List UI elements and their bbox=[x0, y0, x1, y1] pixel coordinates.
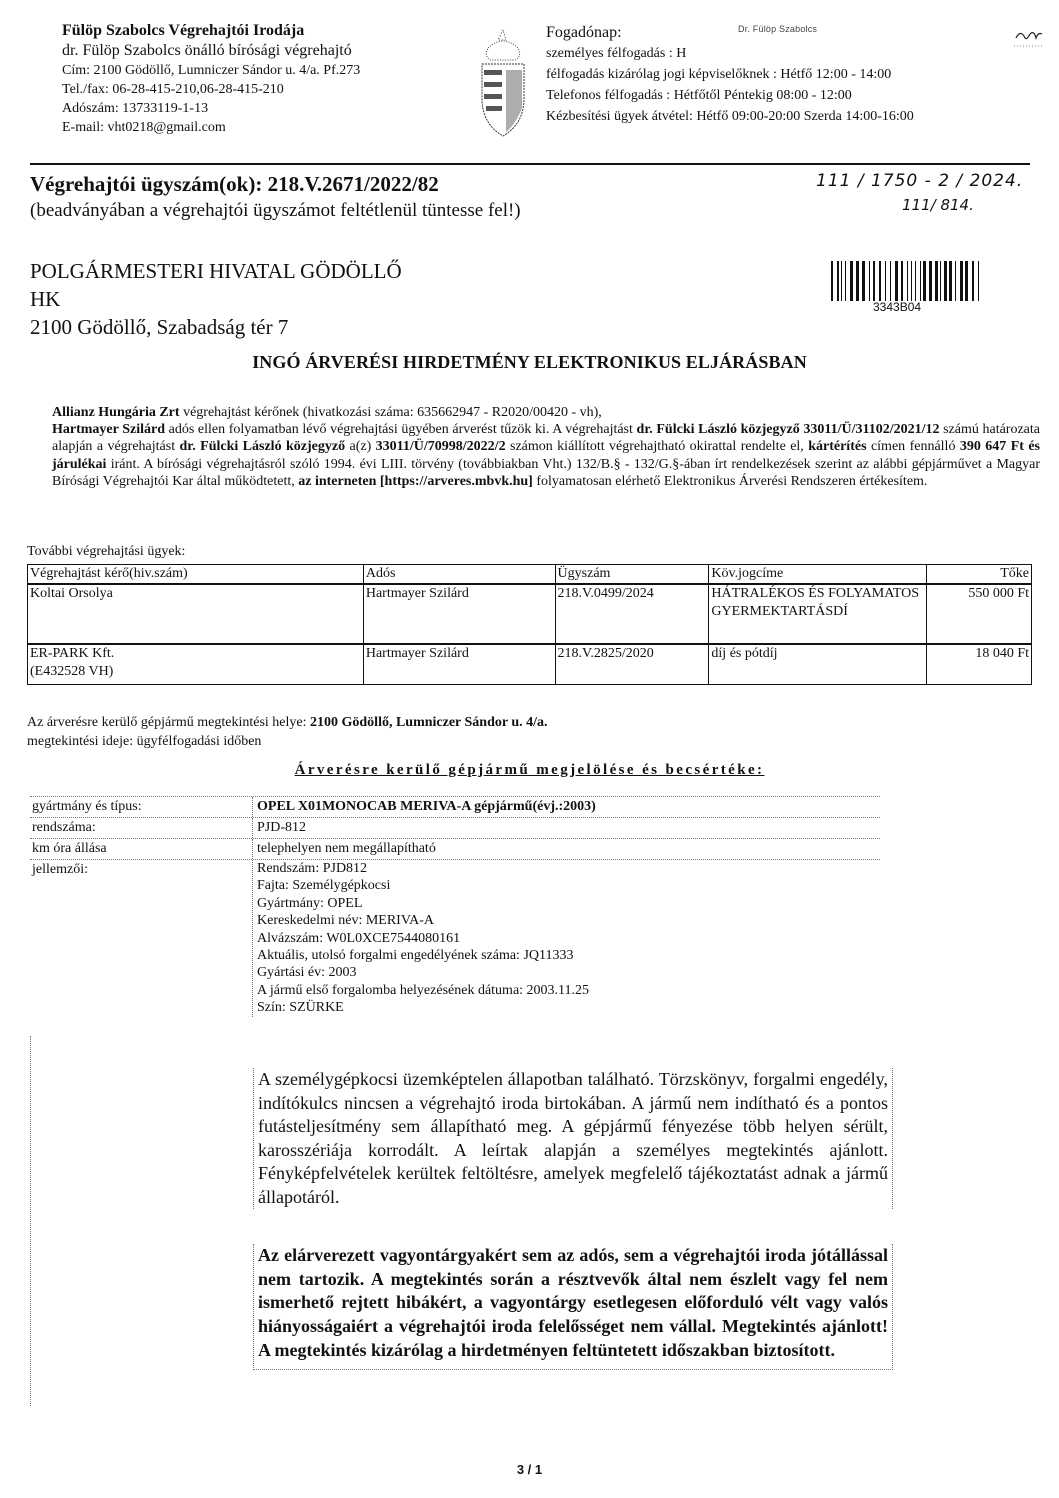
vehicle-field-label: gyártmány és típus: bbox=[30, 797, 253, 817]
viewing-time: megtekintési ideje: ügyfélfogadási időbe… bbox=[27, 732, 548, 751]
recipient-name: POLGÁRMESTERI HIVATAL GÖDÖLLŐ bbox=[30, 257, 402, 285]
coat-of-arms-icon bbox=[476, 28, 530, 140]
cell-case-number: 218.V.2825/2020 bbox=[555, 644, 709, 684]
debtor-name: Hartmayer Szilárd bbox=[52, 422, 165, 437]
vehicle-field-label: rendszáma: bbox=[30, 818, 253, 838]
issuer-block: Fülöp Szabolcs Végrehajtói Irodája dr. F… bbox=[62, 20, 482, 137]
column-header: Adós bbox=[363, 565, 555, 585]
vehicle-row-features: jellemzői: Rendszám: PJD812 Fajta: Szemé… bbox=[30, 860, 880, 1017]
barcode-icon bbox=[831, 261, 981, 301]
case-number-note: (beadványában a végrehajtói ügyszámot fe… bbox=[30, 198, 790, 224]
document-title: INGÓ ÁRVERÉSI HIRDETMÉNY ELEKTRONIKUS EL… bbox=[0, 352, 1059, 373]
table-row: ER-PARK Kft. (E432528 VH) Hartmayer Szil… bbox=[28, 644, 1032, 684]
page-number: 3 / 1 bbox=[0, 1462, 1059, 1477]
body-text: adós ellen folyamatban lévő végrehajtási… bbox=[165, 422, 637, 437]
case-number-block: Végrehajtói ügyszám(ok): 218.V.2671/2022… bbox=[30, 170, 790, 224]
vehicle-feature: Szín: SZÜRKE bbox=[257, 999, 880, 1016]
creditor-name: Allianz Hungária Zrt bbox=[52, 405, 180, 420]
enforcement-document-number: 33011/Ü/70998/2022/2 bbox=[376, 439, 506, 454]
vehicle-field-value: telephelyen nem megállapítható bbox=[253, 839, 880, 859]
notary-name: dr. Fülcki László közjegyző bbox=[180, 439, 346, 454]
cell-creditor: Koltai Orsolya bbox=[28, 584, 364, 644]
table-border bbox=[30, 1036, 32, 1406]
cell-case-number: 218.V.0499/2024 bbox=[555, 584, 709, 644]
handwritten-line: 111 / 1750 - 2 / 2024. bbox=[816, 168, 1036, 194]
column-header: Végrehajtást kérő(hiv.szám) bbox=[28, 565, 364, 585]
vehicle-field-value: OPEL X01MONOCAB MERIVA-A gépjármű(évj.:2… bbox=[253, 797, 880, 817]
handwritten-registration: 111 / 1750 - 2 / 2024. 111/ 814. bbox=[816, 168, 1036, 244]
vehicle-section-title: Árverésre kerülő gépjármű megjelölése és… bbox=[0, 762, 1059, 779]
recipient-address: 2100 Gödöllő, Szabadság tér 7 bbox=[30, 313, 402, 341]
cell-principal: 550 000 Ft bbox=[927, 584, 1032, 644]
vehicle-field-label: jellemzői: bbox=[30, 860, 253, 1017]
table-header-row: Végrehajtást kérő(hiv.szám) Adós Ügyszám… bbox=[28, 565, 1032, 585]
auction-website-link[interactable]: az interneten [https://arveres.mbvk.hu] bbox=[298, 474, 533, 489]
liability-disclaimer: Az elárverezett vagyontárgyakért sem az … bbox=[253, 1244, 893, 1370]
body-text: végrehajtást kérőnek (hivatkozási száma:… bbox=[180, 405, 602, 420]
header-divider bbox=[30, 163, 1030, 165]
vehicle-field-label: km óra állása bbox=[30, 839, 253, 859]
body-text: címen fennálló bbox=[867, 439, 960, 454]
vehicle-feature: Rendszám: PJD812 bbox=[257, 860, 880, 877]
reception-hours: Fogadónap: személyes félfogadás : H félf… bbox=[546, 22, 1016, 127]
handwritten-line: 111/ 814. bbox=[816, 194, 1036, 216]
reception-line: személyes félfogadás : H bbox=[546, 43, 1016, 64]
auction-announcement-paragraph: Allianz Hungária Zrt végrehajtást kérőne… bbox=[52, 404, 1040, 490]
office-email: E-mail: vht0218@gmail.com bbox=[62, 118, 482, 137]
vehicle-feature: Fajta: Személygépkocsi bbox=[257, 877, 880, 894]
cell-debtor: Hartmayer Szilárd bbox=[363, 644, 555, 684]
table-row: Koltai Orsolya Hartmayer Szilárd 218.V.0… bbox=[28, 584, 1032, 644]
body-text: folyamatosan elérhető Elektronikus Árver… bbox=[533, 474, 928, 489]
vehicle-row: rendszáma: PJD-812 bbox=[30, 818, 880, 839]
body-text: a(z) bbox=[345, 439, 376, 454]
notary-reference: dr. Fülcki László közjegyző 33011/Ü/3110… bbox=[637, 422, 940, 437]
vehicle-feature: Gyártmány: OPEL bbox=[257, 895, 880, 912]
officer-name: dr. Fülöp Szabolcs önálló bírósági végre… bbox=[62, 41, 482, 61]
signature-icon bbox=[1010, 24, 1046, 54]
viewing-place-label: Az árverésre kerülő gépjármű megtekintés… bbox=[27, 715, 310, 730]
vehicle-feature: Kereskedelmi név: MERIVA-A bbox=[257, 912, 880, 929]
vehicle-details-table: gyártmány és típus: OPEL X01MONOCAB MERI… bbox=[30, 796, 880, 1017]
cell-creditor: ER-PARK Kft. (E432528 VH) bbox=[28, 644, 364, 684]
further-cases-table: Végrehajtást kérő(hiv.szám) Adós Ügyszám… bbox=[27, 564, 1032, 685]
further-cases-label: További végrehajtási ügyek: bbox=[27, 544, 185, 560]
vehicle-condition-description: A személygépkocsi üzemképtelen állapotba… bbox=[253, 1068, 893, 1209]
vehicle-feature: Alvázszám: W0L0XCE7544080161 bbox=[257, 930, 880, 947]
cell-claim-title: HÁTRALÉKOS ÉS FOLYAMATOS GYERMEKTARTÁSDÍ bbox=[709, 584, 927, 644]
reception-line: félfogadás kizárólag jogi képviselőknek … bbox=[546, 64, 1016, 85]
viewing-place: 2100 Gödöllő, Lumniczer Sándor u. 4/a. bbox=[310, 715, 548, 730]
vehicle-row: km óra állása telephelyen nem megállapít… bbox=[30, 839, 880, 860]
office-address: Cím: 2100 Gödöllő, Lumniczer Sándor u. 4… bbox=[62, 61, 482, 80]
viewing-info: Az árverésre kerülő gépjármű megtekintés… bbox=[27, 713, 548, 751]
column-header: Köv.jogcíme bbox=[709, 565, 927, 585]
cell-principal: 18 040 Ft bbox=[927, 644, 1032, 684]
vehicle-field-value: PJD-812 bbox=[253, 818, 880, 838]
recipient-block: POLGÁRMESTERI HIVATAL GÖDÖLLŐ HK 2100 Gö… bbox=[30, 257, 402, 341]
column-header: Tőke bbox=[927, 565, 1032, 585]
cell-debtor: Hartmayer Szilárd bbox=[363, 584, 555, 644]
reception-line: Telefonos félfogadás : Hétfőtől Péntekig… bbox=[546, 85, 1016, 106]
claim-type: kártérítés bbox=[808, 439, 866, 454]
cell-claim-title: díj és pótdíj bbox=[709, 644, 927, 684]
vehicle-feature: Aktuális, utolsó forgalmi engedélyének s… bbox=[257, 947, 880, 964]
office-phone: Tel./fax: 06-28-415-210,06-28-415-210 bbox=[62, 80, 482, 99]
vehicle-row: gyártmány és típus: OPEL X01MONOCAB MERI… bbox=[30, 797, 880, 818]
barcode-number: 3343B04 bbox=[873, 300, 921, 314]
case-number: Végrehajtói ügyszám(ok): 218.V.2671/2022… bbox=[30, 170, 790, 198]
vehicle-features-list: Rendszám: PJD812 Fajta: Személygépkocsi … bbox=[253, 860, 880, 1017]
column-header: Ügyszám bbox=[555, 565, 709, 585]
reception-line: Kézbesítési ügyek átvétel: Hétfő 09:00-2… bbox=[546, 106, 1016, 127]
stamp-text: Dr. Fülöp Szabolcs bbox=[738, 24, 817, 34]
office-tax-number: Adószám: 13733119-1-13 bbox=[62, 99, 482, 118]
vehicle-feature: Gyártási év: 2003 bbox=[257, 964, 880, 981]
body-text: számon kiállított végrehajtható okiratta… bbox=[506, 439, 809, 454]
vehicle-feature: A jármű első forgalomba helyezésének dát… bbox=[257, 982, 880, 999]
office-name: Fülöp Szabolcs Végrehajtói Irodája bbox=[62, 20, 482, 41]
recipient-dept: HK bbox=[30, 285, 402, 313]
